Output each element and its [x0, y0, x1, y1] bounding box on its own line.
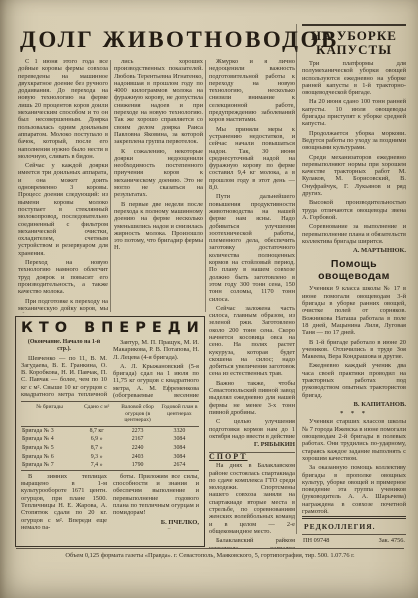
- sport-section: СПОРТ На днях в Балаклавском районе сост…: [209, 452, 295, 548]
- editorial-block: РЕДКОЛЛЕГИЯ. ПН 09748 Зак. 4756.: [302, 514, 406, 546]
- leaders-box-columns: (Окончание. Начало на 1-й стр.). Шевченк…: [21, 339, 199, 399]
- cell-plan: 3084: [160, 444, 199, 453]
- leaders-box-bottom-col-2: боты. Приложим все силы, способности и з…: [113, 473, 199, 529]
- paragraph: К сожалению, некоторые доярки недооценил…: [114, 148, 203, 199]
- cell-brigade: Бригада № 7: [21, 461, 78, 470]
- paragraph: На днях в Балаклавском районе состоялась…: [209, 462, 295, 535]
- paragraph: Сейчас у каждой доярки имеется три доиль…: [18, 162, 108, 257]
- cell-gross: 2167: [115, 435, 160, 444]
- leaders-box-title: КТО ВПЕРЕДИ: [21, 320, 199, 336]
- editorial-board-label: РЕДКОЛЛЕГИЯ.: [302, 516, 406, 535]
- leaders-box-col-1: (Окончание. Начало на 1-й стр.). Шевченк…: [21, 339, 107, 399]
- column-rule-1: [110, 60, 111, 312]
- paragraph: Переход на новую технологию намного обле…: [18, 259, 108, 295]
- main-headline: ДОЛГ ЖИВОТНОВОДОВ: [20, 27, 339, 53]
- paragraph: Пути дальнейшего повышения продуктивност…: [209, 193, 295, 302]
- paragraph: В 1-й бригаде работало в июне 20 ученико…: [302, 339, 406, 361]
- cabbage-article-title: НА УБОРКЕ КАПУСТЫ: [302, 24, 406, 57]
- paragraph: Среди механизаторов ежедневно перевыполн…: [302, 154, 406, 198]
- paragraph: С 1 июня этого года все дойные коровы фе…: [18, 58, 108, 160]
- leaders-box-bottom-col-1: В зимних теплицах выращено в 1-м культур…: [21, 473, 107, 529]
- paragraph: Три платформы для полумеханической уборк…: [302, 60, 406, 96]
- paragraph: При подготовке к переходу на механическу…: [18, 298, 108, 314]
- paragraph: Жмурко и я лично недооценили важность по…: [209, 58, 295, 124]
- table-row: Бригада № 7 7,4 » 1790 2674: [21, 461, 199, 470]
- brigade-results-table: № бригады Сдано с м² Валовой сбор огурцо…: [21, 401, 199, 471]
- sport-title: СПОРТ: [209, 453, 295, 460]
- paragraph: лись хороших производственных показателе…: [114, 58, 203, 146]
- page-footer: Объем 0,125 формата газеты «Правда». г. …: [16, 548, 404, 559]
- imprint-index: ПН 09748: [303, 537, 329, 544]
- imprint-order: Зак. 4756.: [379, 537, 405, 544]
- cell-yield: 8,7 кг: [78, 426, 115, 435]
- cell-brigade: Бригада № 6: [21, 453, 78, 462]
- cell-brigade: Бригада № 3: [21, 426, 78, 435]
- paragraph: боты. Приложим все силы, способности и з…: [113, 473, 199, 517]
- article-signature: Г. РЯБЫКИН: [209, 441, 295, 448]
- cell-gross: 1790: [115, 461, 160, 470]
- cell-plan: 3084: [160, 453, 199, 462]
- paragraph: Продолжается уборка моркови. Ведутся раб…: [302, 130, 406, 152]
- table-row: Бригада № 3 8,7 кг 2273 3320: [21, 426, 199, 435]
- cell-yield: 7,4 »: [78, 461, 115, 470]
- paragraph: С целью улучшения подготовки кормов нам …: [209, 418, 295, 440]
- paragraph: Соревнование за выполнение и перевыполне…: [302, 223, 406, 245]
- cell-plan: 3320: [160, 426, 199, 435]
- table-header-row: № бригады Сдано с м² Валовой сбор огурцо…: [21, 402, 199, 427]
- cell-plan: 3084: [160, 435, 199, 444]
- paragraph: В первые две недели после перехода к пол…: [114, 201, 203, 252]
- paragraph: За оказанную помощь коллективу бригады в…: [302, 464, 406, 514]
- col-header-yield: Сдано с м²: [78, 402, 115, 427]
- paragraph: Важно также, чтобы Севастопольский пивно…: [209, 380, 295, 416]
- cell-yield: 8,7 »: [78, 444, 115, 453]
- cell-gross: 2403: [115, 453, 160, 462]
- paragraph: На 20 июня сдано 100 тонн ранней капусты…: [302, 98, 406, 127]
- help-article-signature-1: В. КАПИТАНОВ.: [302, 401, 406, 408]
- article-column-2: лись хороших производственных показателе…: [114, 58, 203, 313]
- leaders-signature: Б. ПЧЕЛКО,: [113, 519, 199, 526]
- cell-gross: 2240: [115, 444, 160, 453]
- cell-yield: 9,3 »: [78, 453, 115, 462]
- article-column-1: С 1 июня этого года все дойные коровы фе…: [18, 58, 108, 313]
- column-rule-2: [205, 60, 206, 312]
- table-row: Бригада № 4 6,9 » 2167 3084: [21, 435, 199, 444]
- paragraph: Мы приняли меры к устранению недостатков…: [209, 126, 295, 192]
- col-header-brigade: № бригады: [21, 402, 78, 427]
- paragraph: А. Л. Крыжановский (5-я бригада) сдал на…: [113, 363, 199, 399]
- leaders-signature-role: старший агроном.: [113, 528, 199, 529]
- leaders-box: КТО ВПЕРЕДИ (Окончание. Начало на 1-й ст…: [15, 316, 205, 547]
- cabbage-article-signature: А. МАРТЫНЮК.: [302, 247, 406, 254]
- right-column: НА УБОРКЕ КАПУСТЫ Три платформы для полу…: [302, 24, 406, 514]
- newspaper-page: ДОЛГ ЖИВОТНОВОДОВ С 1 июня этого года вс…: [0, 0, 418, 598]
- paragraph: Ученики старших классов школы № 7 города…: [302, 418, 406, 462]
- table-row: Бригада № 5 8,7 » 2240 3084: [21, 444, 199, 453]
- section-stars-divider: * * *: [302, 410, 406, 417]
- right-column-rule: [296, 24, 297, 534]
- cell-gross: 2273: [115, 426, 160, 435]
- table-row: Бригада № 6 9,3 » 2403 3084: [21, 453, 199, 462]
- paragraph: Ежедневно каждый ученик два часа своей п…: [302, 362, 406, 398]
- paragraph: Высокой производительностью труда отлича…: [302, 199, 406, 221]
- article-column-3: Жмурко и я лично недооценили важность по…: [209, 58, 295, 440]
- paragraph: Сейчас заложена часть силоса, главным об…: [209, 305, 295, 378]
- cell-brigade: Бригада № 4: [21, 435, 78, 444]
- cell-yield: 6,9 »: [78, 435, 115, 444]
- help-article-title: Помощь овощеводам: [302, 258, 406, 282]
- col-header-plan: Годовой план в центнерах: [160, 402, 199, 427]
- paragraph: Ученики 9 класса школы № 17 в июне помог…: [302, 285, 406, 336]
- cell-brigade: Бригада № 5: [21, 444, 78, 453]
- paragraph: Балаклавский райком комсомола наградил п…: [209, 537, 295, 548]
- imprint-row: ПН 09748 Зак. 4756.: [302, 535, 406, 546]
- paragraph: В зимних теплицах выращено в 1-м культур…: [21, 473, 107, 529]
- continuation-note: (Окончание. Начало на 1-й стр.).: [21, 339, 107, 354]
- leaders-box-col-2: Завтур, М. П. Пращук, М. И. Макарикова, …: [113, 339, 199, 399]
- paragraph: Завтур, М. П. Пращук, М. И. Макарикова, …: [113, 339, 199, 361]
- paragraph: Шевченко — по 11, В. М. Загудаева, В. Е.…: [21, 355, 107, 399]
- col-header-gross: Валовой сбор огурцов (в центнерах): [115, 402, 160, 427]
- leaders-box-bottom-columns: В зимних теплицах выращено в 1-м культур…: [21, 473, 199, 529]
- cell-plan: 2674: [160, 461, 199, 470]
